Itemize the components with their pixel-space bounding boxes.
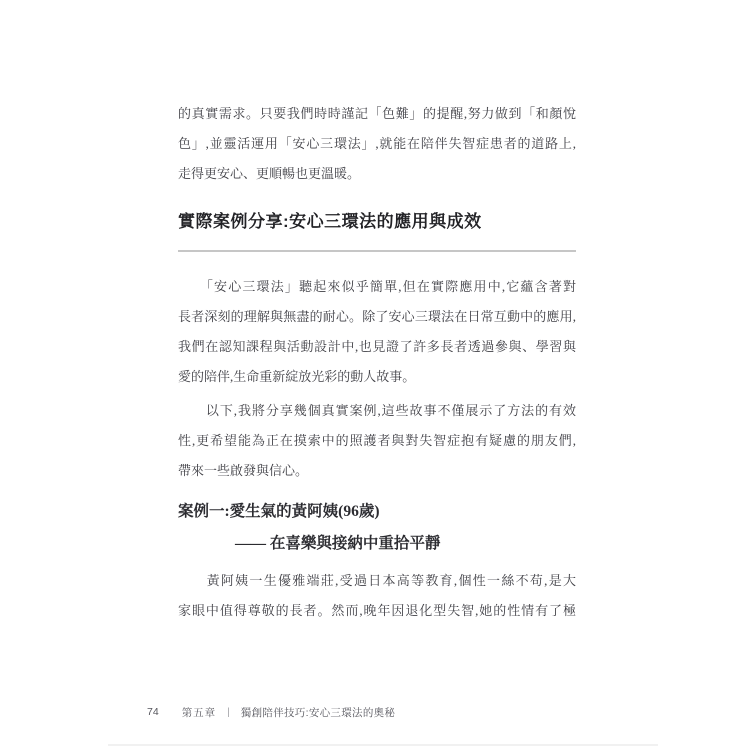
paragraph-top: 的真實需求。只要我們時時謹記「色難」的提醒,努力做到「和顏悅 色」,並靈活運用「… [178,99,576,189]
page-footer: 74 第五章 | 獨創陪伴技巧:安心三環法的奧秘 [147,705,395,719]
case-heading-line-2: —— 在喜樂與接納中重拾平靜 [178,528,576,560]
case-heading: 案例一:愛生氣的黃阿姨(96歲) —— 在喜樂與接納中重拾平靜 [178,496,576,560]
text-line: 長者深刻的理解與無盡的耐心。除了安心三環法在日常互動中的應用, [178,302,576,332]
page-number: 74 [147,706,159,718]
case-heading-line-1: 案例一:愛生氣的黃阿姨(96歲) [178,496,576,528]
text-line: 色」,並靈活運用「安心三環法」,就能在陪伴失智症患者的道路上, [178,129,576,159]
bottom-page-divider [108,744,658,746]
paragraph-intro: 「安心三環法」聽起來似乎簡單,但在實際應用中,它蘊含著對 長者深刻的理解與無盡的… [178,272,576,392]
text-line: 性,更希望能為正在摸索中的照護者與對失智症抱有疑慮的朋友們, [178,426,576,456]
text-line: 的真實需求。只要我們時時謹記「色難」的提醒,努力做到「和顏悅 [178,99,576,129]
paragraph-case: 黃阿姨一生優雅端莊,受過日本高等教育,個性一絲不苟,是大 家眼中值得尊敬的長者。… [178,566,576,626]
text-line: 我們在認知課程與活動設計中,也見證了許多長者透過參與、學習與 [178,332,576,362]
text-line: 愛的陪伴,生命重新綻放光彩的動人故事。 [178,362,576,392]
paragraph-preface: 以下,我將分享幾個真實案例,這些故事不僅展示了方法的有效 性,更希望能為正在摸索… [178,396,576,486]
footer-divider: | [227,707,230,718]
text-line: 黃阿姨一生優雅端莊,受過日本高等教育,個性一絲不苟,是大 [178,566,576,596]
text-line: 走得更安心、更順暢也更溫暖。 [178,159,576,189]
chapter-label: 第五章 [182,705,217,720]
chapter-title: 獨創陪伴技巧:安心三環法的奧秘 [241,705,395,720]
text-line: 家眼中值得尊敬的長者。然而,晚年因退化型失智,她的性情有了極 [178,596,576,626]
text-line: 帶來一些啟發與信心。 [178,456,576,486]
section-divider [178,250,576,252]
section-heading: 實際案例分享:安心三環法的應用與成效 [178,211,576,233]
book-page: 的真實需求。只要我們時時謹記「色難」的提醒,努力做到「和顏悅 色」,並靈活運用「… [0,0,750,750]
text-line: 「安心三環法」聽起來似乎簡單,但在實際應用中,它蘊含著對 [178,272,576,302]
text-line: 以下,我將分享幾個真實案例,這些故事不僅展示了方法的有效 [178,396,576,426]
